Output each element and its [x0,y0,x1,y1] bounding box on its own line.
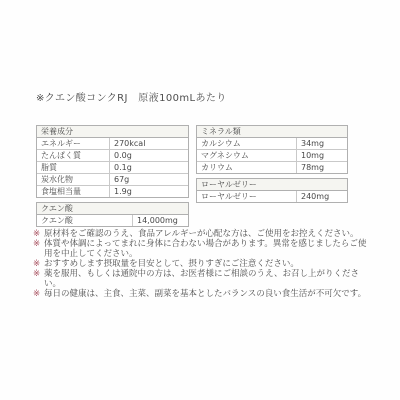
table-row: マグネシウム 10mg [197,150,347,162]
row-label: カリウム [197,162,297,173]
table-row: カルシウム 34mg [197,138,347,150]
row-label: 脂質 [37,162,110,173]
row-label: カルシウム [197,138,297,149]
note-item: ※ 毎日の健康は、主食、主菜、副菜を基本としたバランスの良い食生活が不可欠です。 [33,289,371,299]
note-marker: ※ [33,259,44,269]
nutrition-table-header: 栄養成分 [37,126,188,138]
note-marker: ※ [33,239,44,259]
row-label: 炭水化物 [37,174,110,185]
citric-acid-table: クエン酸 クエン酸 14,000mg [36,202,189,227]
table-row: ローヤルゼリー 240mg [197,191,347,202]
row-label: エネルギー [37,138,110,149]
minerals-table-header: ミネラル類 [197,126,347,138]
note-text: おすすめします摂取量を目安として、摂りすぎにご注意ください。 [44,259,371,269]
note-marker: ※ [33,289,44,299]
row-value: 67g [110,174,188,185]
row-value: 270kcal [110,138,188,149]
row-label: 食塩相当量 [37,186,110,197]
table-row: たんぱく質 0.0g [37,150,188,162]
row-value: 10mg [297,150,347,161]
note-item: ※ おすすめします摂取量を目安として、摂りすぎにご注意ください。 [33,259,371,269]
note-item: ※ 薬を服用、もしくは通院中の方は、お医者様にご相談のうえ、お召し上がりください… [33,269,371,289]
royal-jelly-table-header: ローヤルゼリー [197,179,347,191]
row-value: 0.0g [110,150,188,161]
row-value: 14,000mg [133,215,188,226]
note-marker: ※ [33,269,44,289]
nutrition-table: 栄養成分 エネルギー 270kcal たんぱく質 0.0g 脂質 0.1g 炭水… [36,125,189,198]
note-text: 体質や体調によってまれに身体に合わない場合があります。異常を感じましたらご使用を… [44,239,371,259]
row-value: 0.1g [110,162,188,173]
row-value: 34mg [297,138,347,149]
table-row: クエン酸 14,000mg [37,215,188,226]
note-item: ※ 体質や体調によってまれに身体に合わない場合があります。異常を感じましたらご使… [33,239,371,259]
row-label: クエン酸 [37,215,133,226]
row-label: たんぱく質 [37,150,110,161]
note-text: 原材料をご確認のうえ、食品アレルギーが心配な方は、ご使用をお控えください。 [44,229,371,239]
note-text: 毎日の健康は、主食、主菜、副菜を基本としたバランスの良い食生活が不可欠です。 [44,289,371,299]
row-value: 240mg [297,191,347,202]
table-row: カリウム 78mg [197,162,347,173]
table-row: 脂質 0.1g [37,162,188,174]
note-marker: ※ [33,229,44,239]
table-row: 炭水化物 67g [37,174,188,186]
row-value: 1.9g [110,186,188,197]
table-row: エネルギー 270kcal [37,138,188,150]
royal-jelly-table: ローヤルゼリー ローヤルゼリー 240mg [196,178,348,203]
page-title: ※クエン酸コンクRJ 原液100mLあたり [36,93,227,105]
notes-list: ※ 原材料をご確認のうえ、食品アレルギーが心配な方は、ご使用をお控えください。 … [33,229,371,299]
row-label: マグネシウム [197,150,297,161]
note-text: 薬を服用、もしくは通院中の方は、お医者様にご相談のうえ、お召し上がりください。 [44,269,371,289]
product-info-page: ※クエン酸コンクRJ 原液100mLあたり 栄養成分 エネルギー 270kcal… [0,0,400,400]
minerals-table: ミネラル類 カルシウム 34mg マグネシウム 10mg カリウム 78mg [196,125,348,174]
row-value: 78mg [297,162,347,173]
table-row: 食塩相当量 1.9g [37,186,188,197]
row-label: ローヤルゼリー [197,191,297,202]
citric-acid-table-header: クエン酸 [37,203,188,215]
note-item: ※ 原材料をご確認のうえ、食品アレルギーが心配な方は、ご使用をお控えください。 [33,229,371,239]
